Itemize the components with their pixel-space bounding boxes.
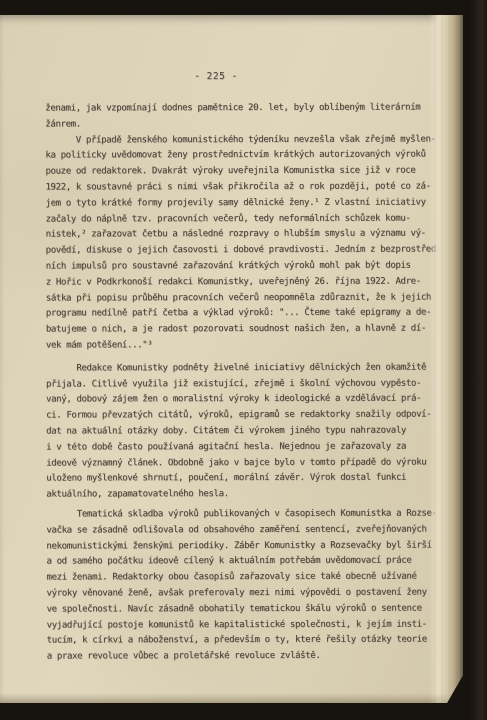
book-page-edges (429, 15, 463, 703)
page-text: ženami, jak vzpomínají dodnes pamětnice … (45, 100, 450, 665)
paragraph-1: ženami, jak vzpomínají dodnes pamětnice … (45, 100, 449, 133)
paragraph-3: Redakce Komunistky podněty živelné inici… (46, 360, 450, 503)
scanned-page: - 225 - ženami, jak vzpomínají dodnes pa… (0, 15, 463, 703)
paragraph-2: V případě ženského komunistického týdení… (45, 132, 450, 354)
page-number: - 225 - (0, 71, 432, 82)
scan-background: - 225 - ženami, jak vzpomínají dodnes pa… (0, 0, 487, 720)
page-bottom-shading (0, 693, 463, 703)
paragraph-4: Tematická skladba výroků publikovaných v… (46, 506, 450, 665)
